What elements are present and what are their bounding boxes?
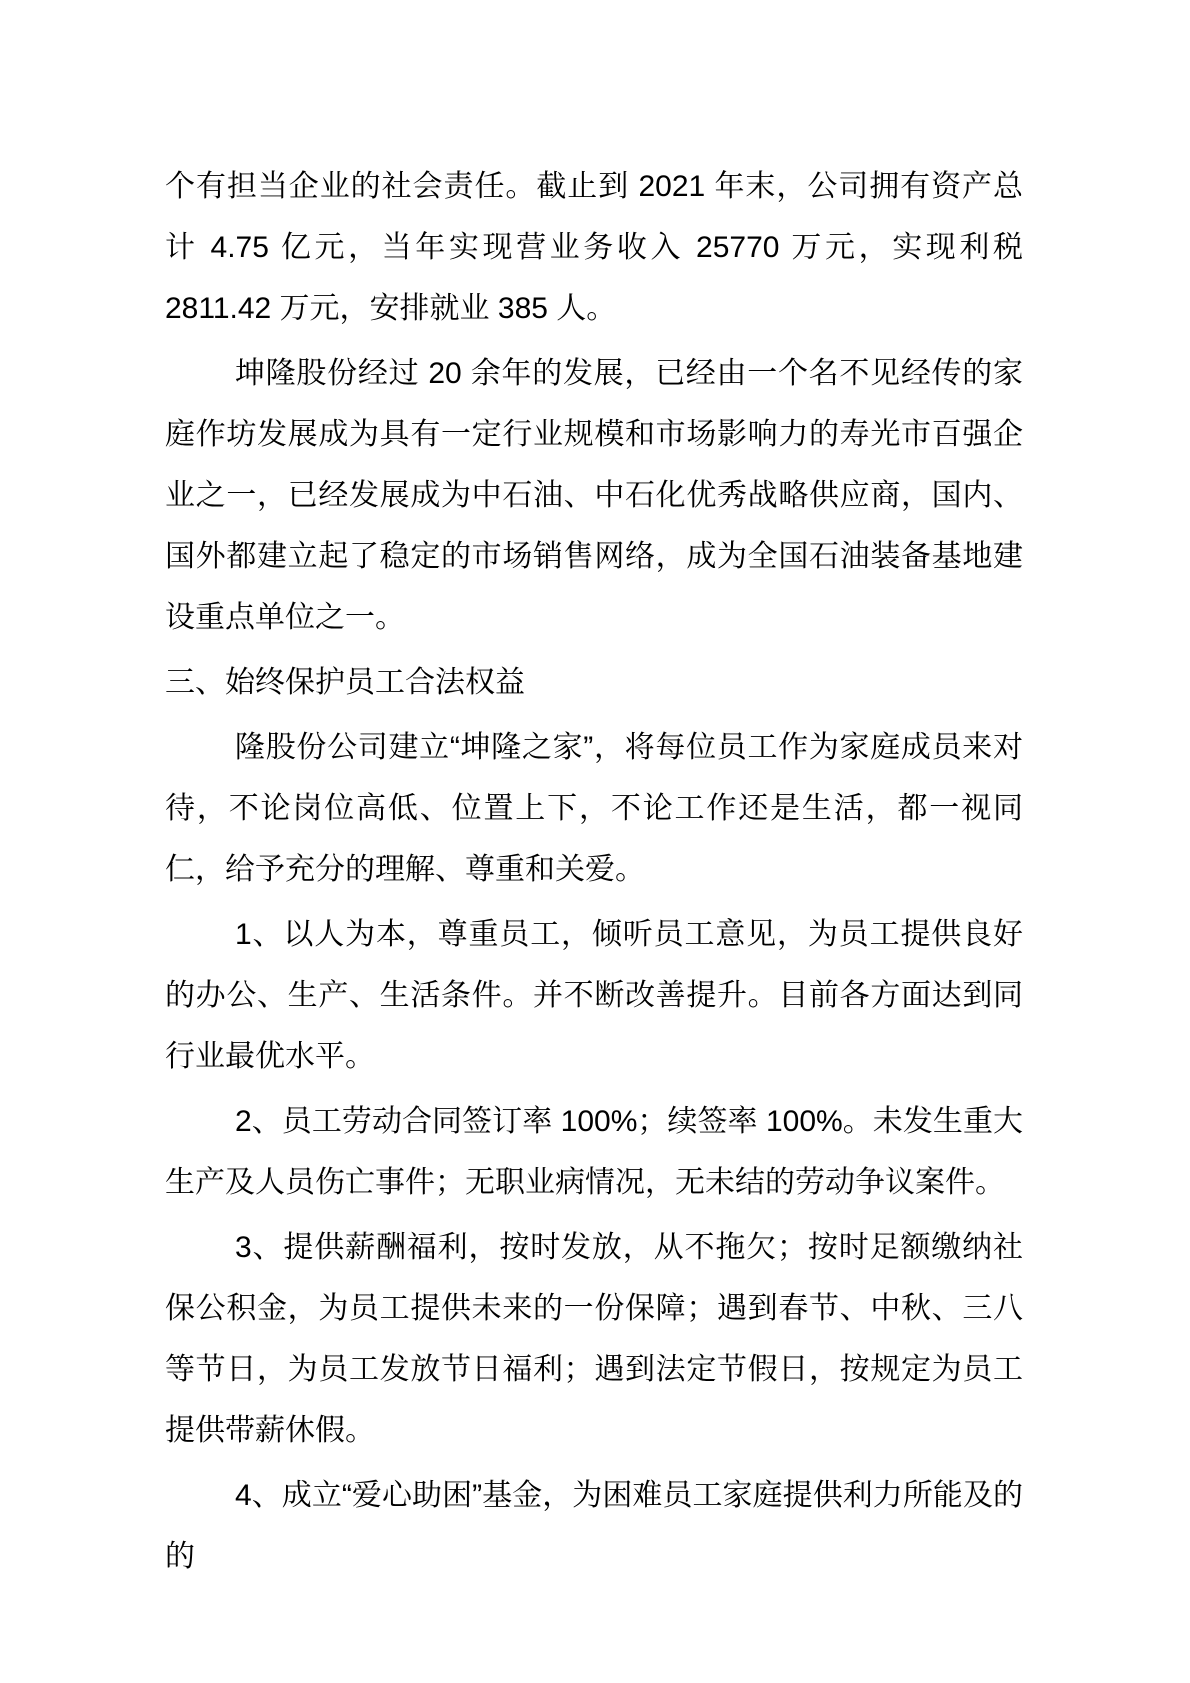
paragraph-company-development: 坤隆股份经过 20 余年的发展，已经由一个名不见经传的家庭作坊发展成为具有一定行… xyxy=(165,343,1023,648)
section-heading-employee-rights: 三、始终保护员工合法权益 xyxy=(165,652,1023,713)
numbered-item-2: 2、员工劳动合同签订率 100%；续签率 100%。未发生重大生产及人员伤亡事件… xyxy=(165,1091,1023,1213)
numbered-item-4: 4、成立“爱心助困”基金，为困难员工家庭提供利力所能及的的 xyxy=(165,1465,1023,1587)
paragraph-kunlong-family: 隆股份公司建立“坤隆之家”，将每位员工作为家庭成员来对待，不论岗位高低、位置上下… xyxy=(165,717,1023,900)
paragraph-assets-summary: 个有担当企业的社会责任。截止到 2021 年末，公司拥有资产总计 4.75 亿元… xyxy=(165,156,1023,339)
numbered-item-1: 1、以人为本，尊重员工，倾听员工意见，为员工提供良好的办公、生产、生活条件。并不… xyxy=(165,904,1023,1087)
document-page: 个有担当企业的社会责任。截止到 2021 年末，公司拥有资产总计 4.75 亿元… xyxy=(0,0,1190,1683)
numbered-item-3: 3、提供薪酬福利，按时发放，从不拖欠；按时足额缴纳社保公积金，为员工提供未来的一… xyxy=(165,1217,1023,1461)
